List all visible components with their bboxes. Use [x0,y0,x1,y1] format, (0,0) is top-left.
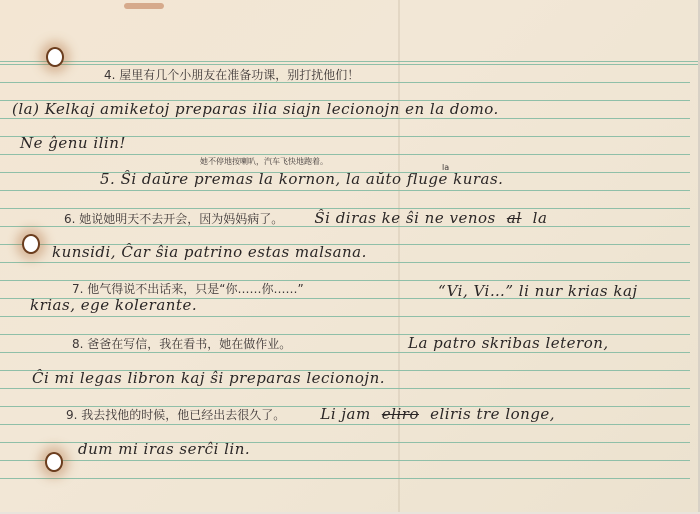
exercise-6-esperanto-part2: la [533,209,548,227]
exercise-5-esperanto: 5. Ŝi daŭre premas la kornon, la aŭto fl… [100,170,503,188]
notebook-page: 4. 屋里有几个小朋友在准备功课，别打扰他们！ (la) Kelkaj amik… [0,0,700,512]
ruled-line [0,478,690,479]
exercise-6-row1: 6. 她说她明天不去开会，因为妈妈病了。 Ŝi diras ke ŝi ne v… [64,208,547,227]
ruled-line [0,61,698,62]
exercise-7-esperanto-line1: “Vi, Vi…” li nur krias kaj [438,282,638,300]
page-fold [398,0,400,512]
ruled-line [0,460,690,461]
exercise-9-chinese: 9. 我去找他的时候，他已经出去很久了。 [66,408,285,422]
exercise-9-row1: 9. 我去找他的时候，他已经出去很久了。 Li jam eliro eliris… [66,404,555,423]
exercise-4-esperanto-line2: Ne ĝenu ilin! [20,134,126,152]
exercise-6-chinese: 6. 她说她明天不去开会，因为妈妈病了。 [64,212,283,226]
exercise-6-struck-word: al [507,209,522,227]
exercise-8-chinese: 8. 爸爸在写信，我在看书，她在做作业。 [72,335,291,352]
exercise-6-esperanto-part1: Ŝi diras ke ŝi ne venos [314,209,495,227]
exercise-9-struck-word: eliro [382,405,419,423]
ruled-line [0,154,690,155]
exercise-9-esperanto-part2: eliris tre longe, [430,405,555,423]
exercise-6-esperanto-line2: kunsidi, Ĉar ŝia patrino estas malsana. [52,243,367,261]
exercise-9-esperanto-line2: dum mi iras serĉi lin. [78,440,250,458]
punch-hole [47,454,61,470]
ruled-line [0,190,690,191]
exercise-5-chinese-note: 她不停地按喇叭，汽车飞快地跑着。 [200,156,328,167]
paper-stain [124,3,164,9]
ruled-line [0,118,690,119]
exercise-9-esperanto-part1: Li jam [320,405,370,423]
ruled-line [0,424,690,425]
ruled-line [0,352,690,353]
exercise-5-insert-mark: la [442,163,449,172]
ruled-line [0,388,690,389]
exercise-7-chinese: 7. 他气得说不出话来，只是“你……你……” [72,280,304,297]
ruled-line [0,262,690,263]
punch-hole [24,236,38,252]
exercise-4-chinese: 4. 屋里有几个小朋友在准备功课，别打扰他们！ [104,66,359,83]
ruled-line [0,64,698,65]
exercise-8-esperanto-line1: La patro skribas leteron, [408,334,609,352]
exercise-8-esperanto-line2: Ĉi mi legas libron kaj ŝi preparas lecio… [32,369,385,387]
exercise-4-esperanto-line1: (la) Kelkaj amiketoj preparas ilia siajn… [12,100,499,118]
ruled-line [0,316,690,317]
punch-hole [48,49,62,65]
exercise-7-esperanto-line2: krias, ege kolerante. [30,296,197,314]
